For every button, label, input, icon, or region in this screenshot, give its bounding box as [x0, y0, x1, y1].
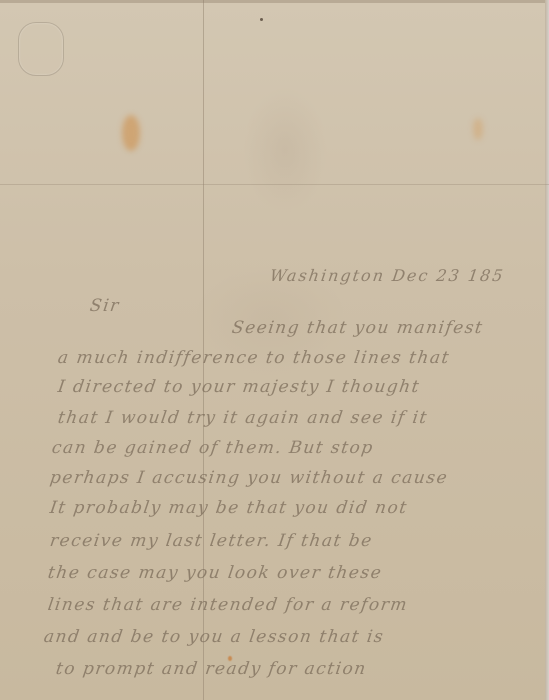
letter-page: Washington Dec 23 185 Sir Seeing that yo…	[0, 0, 549, 700]
letter-line: to prompt and ready for action	[55, 659, 369, 679]
stain-left	[122, 115, 140, 151]
letter-line: lines that are intended for a reform	[47, 595, 410, 615]
letter-line: Seeing that you manifest	[231, 318, 485, 338]
letter-line: and and be to you a lesson that is	[43, 627, 386, 647]
letter-line: perhaps I accusing you without a cause	[49, 468, 450, 488]
page-top-edge	[0, 0, 549, 3]
ink-dot	[260, 18, 263, 21]
letter-line: It probably may be that you did not	[49, 498, 409, 518]
letter-line: can be gained of them. But stop	[51, 438, 375, 458]
letter-line: I directed to your majesty I thought	[57, 377, 422, 397]
embossed-stamp-icon	[18, 22, 64, 76]
letter-line: receive my last letter. If that be	[49, 531, 375, 551]
letter-dateline: Washington Dec 23 185	[269, 266, 506, 285]
letter-line: the case may you look over these	[47, 563, 384, 583]
stain-right	[473, 118, 483, 140]
letter-line: a much indifference to those lines that	[57, 348, 452, 368]
letter-line: that I would try it again and see if it	[57, 408, 430, 428]
letter-salutation: Sir	[89, 296, 122, 316]
horizontal-fold-line	[0, 184, 549, 185]
page-right-edge	[545, 0, 549, 700]
